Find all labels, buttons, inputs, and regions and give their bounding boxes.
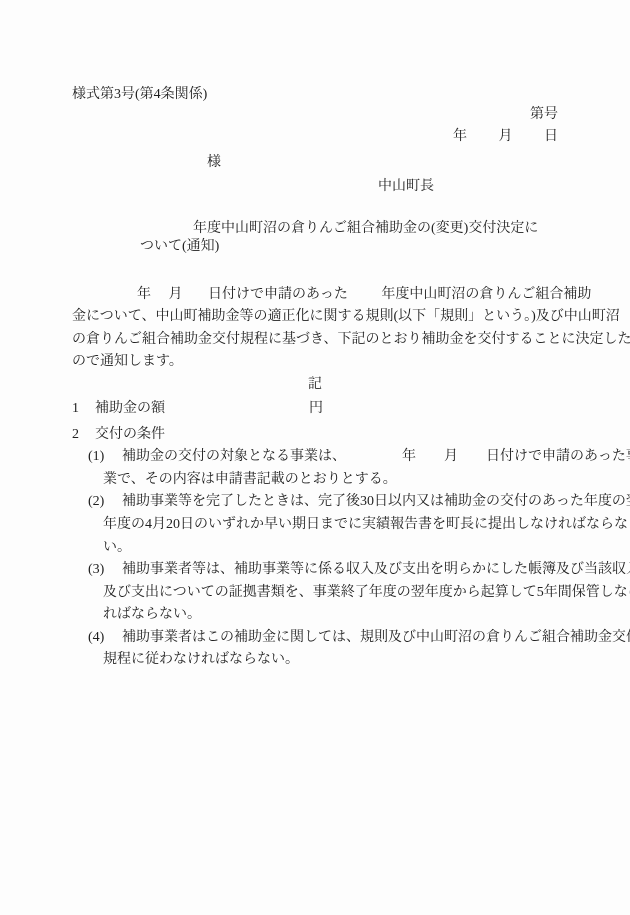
date-year-label: 年: [453, 129, 467, 144]
condition-4-line-1: (4)補助事業者はこの補助金に関しては、規則及び中山町沼の倉りんご組合補助金交付: [88, 631, 630, 645]
condition-4-number: (4): [88, 631, 122, 645]
condition-1-tail: 日付けで申請のあった事: [486, 449, 630, 464]
condition-1-month-label: 月: [444, 449, 458, 464]
condition-1-line-2: 業で、その内容は申請書記載のとおりとする。: [103, 473, 397, 487]
condition-3-line-2: 及び支出についての証拠書類を、事業終了年度の翌年度から起算して5年間保管しなけ: [103, 586, 630, 600]
condition-3-text: 補助事業者等は、補助事業等に係る収入及び支出を明らかにした帳簿及び当該収入: [122, 562, 630, 577]
body-month-label: 月: [169, 287, 183, 302]
document-number: 第号: [530, 108, 558, 122]
date-month-label: 月: [499, 129, 513, 144]
body-line-3: の倉りんご組合補助金交付規程に基づき、下記のとおり補助金を交付することに決定した: [72, 333, 630, 347]
condition-3-line-1: (3)補助事業者等は、補助事業等に係る収入及び支出を明らかにした帳簿及び当該収入: [88, 563, 630, 577]
condition-2-line-3: い。: [103, 541, 131, 555]
item-1-amount: 1補助金の額円: [72, 402, 323, 416]
body-year-label: 年: [137, 287, 151, 302]
item-2-conditions: 2交付の条件: [72, 428, 165, 442]
title-line-2: ついて(通知): [140, 240, 219, 254]
title-line-1: 年度中山町沼の倉りんご組合補助金の(変更)交付決定に: [193, 222, 538, 236]
sender-name: 中山町長: [378, 180, 434, 194]
condition-3-number: (3): [88, 563, 122, 577]
condition-1-line-1: (1)補助金の交付の対象となる事業は、年月日付けで申請のあった事: [88, 450, 630, 464]
condition-1-head: 補助金の交付の対象となる事業は、: [122, 449, 346, 464]
item-2-label: 交付の条件: [95, 427, 165, 442]
condition-1-number: (1): [88, 450, 122, 464]
body-line-4: ので通知します。: [72, 355, 183, 369]
item-2-number: 2: [72, 428, 95, 442]
condition-3-line-3: ればならない。: [103, 608, 201, 622]
addressee-suffix: 様: [207, 156, 221, 170]
record-heading: 記: [0, 378, 630, 392]
condition-1-year-label: 年: [402, 449, 416, 464]
item-1-unit: 円: [309, 401, 323, 416]
body-line-1-tail: 年度中山町沼の倉りんご組合補助: [381, 287, 591, 302]
date-day-label: 日: [544, 129, 558, 144]
condition-4-line-2: 規程に従わなければならない。: [103, 653, 299, 667]
item-1-label: 補助金の額: [95, 401, 165, 416]
form-label: 様式第3号(第4条関係): [72, 88, 207, 102]
condition-4-text: 補助事業者はこの補助金に関しては、規則及び中山町沼の倉りんご組合補助金交付: [122, 630, 630, 645]
body-line-1: 年 月 日付けで申請のあった 年度中山町沼の倉りんご組合補助: [137, 288, 591, 302]
condition-2-line-2: 年度の4月20日のいずれか早い期日までに実績報告書を町長に提出しなければならな: [103, 518, 628, 532]
document-page: 様式第3号(第4条関係) 第号 年 月 日 様 中山町長 年度中山町沼の倉りんご…: [0, 0, 630, 915]
body-line-2: 金について、中山町補助金等の適正化に関する規則(以下「規則」という。)及び中山町…: [72, 310, 620, 324]
body-day-text: 日付けで申請のあった: [208, 287, 348, 302]
condition-2-number: (2): [88, 495, 122, 509]
condition-2-line-1: (2)補助事業等を完了したときは、完了後30日以内又は補助金の交付のあった年度の…: [88, 495, 630, 509]
item-1-number: 1: [72, 402, 95, 416]
condition-2-text: 補助事業等を完了したときは、完了後30日以内又は補助金の交付のあった年度の翌: [122, 494, 630, 509]
date-line: 年 月 日: [453, 130, 558, 144]
